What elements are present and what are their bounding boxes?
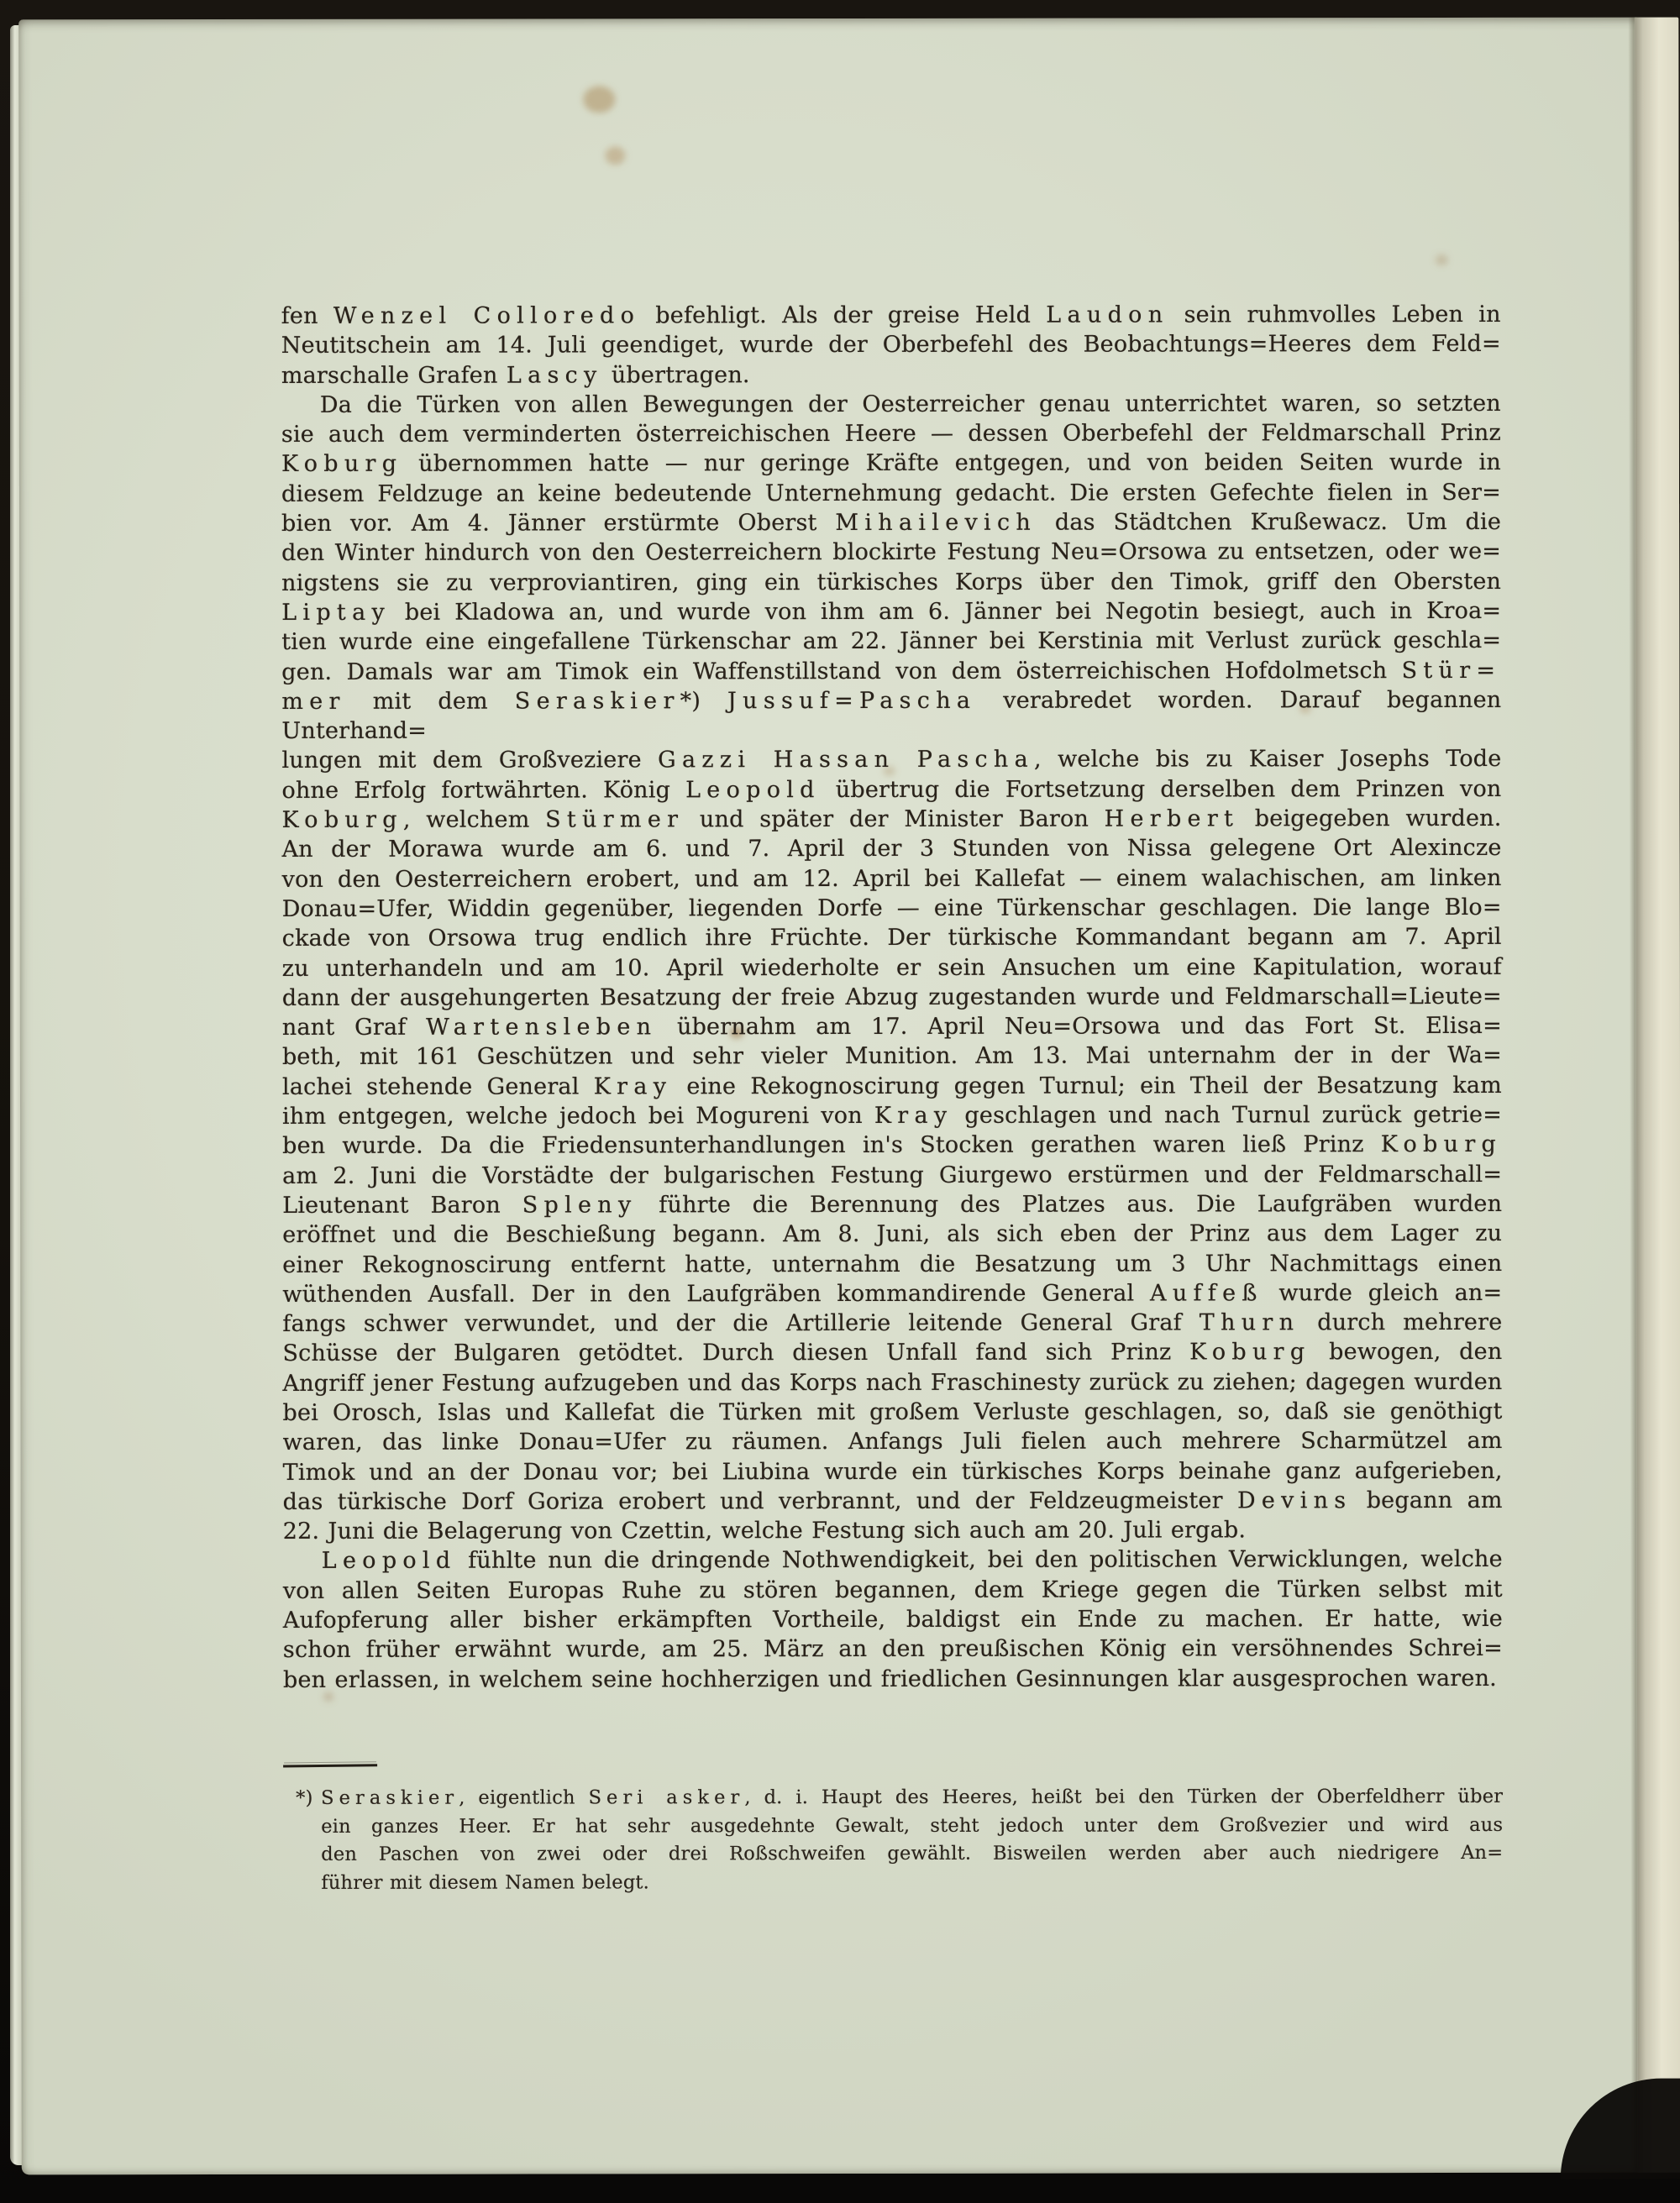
letterspaced-name: Mihailevich — [835, 510, 1037, 536]
letterspaced-name: Kray — [874, 1103, 953, 1129]
letterspaced-name: Leopold — [322, 1548, 457, 1574]
letterspaced-name: mer — [281, 689, 345, 715]
letterspaced-name: Koburg — [1381, 1131, 1502, 1157]
text-line: den Paschen von zwei oder drei Roßschwei… — [321, 1839, 1503, 1869]
text-line: eröffnet und die Beschießung begann. Am … — [282, 1219, 1502, 1250]
letterspaced-name: Stürmer — [545, 806, 684, 832]
text-line: An der Morawa wurde am 6. und 7. April d… — [282, 833, 1502, 864]
text-line: dann der ausgehungerten Besatzung der fr… — [282, 982, 1502, 1013]
text-line: waren, das linke Donau=Ufer zu räumen. A… — [283, 1426, 1503, 1457]
text-line: Donau=Ufer, Widdin gegenüber, liegenden … — [282, 893, 1502, 924]
text-line: Timok und an der Donau vor; bei Liubina … — [283, 1456, 1503, 1487]
text-line: einer Rekognoscirung entfernt hatte, unt… — [282, 1248, 1502, 1279]
text-line: nant Graf Wartensleben übernahm am 17. A… — [282, 1011, 1502, 1042]
page-corner-shadow — [1561, 2079, 1680, 2179]
text-line: ohne Erfolg fortwährten. König Leopold ü… — [281, 774, 1501, 805]
text-line: Seraskier, eigentlich Seri asker, d. i. … — [321, 1783, 1503, 1812]
letterspaced-name: Spleny — [522, 1192, 638, 1218]
text-line: Leopold fühlte nun die dringende Nothwen… — [283, 1545, 1503, 1576]
text-line: fen Wenzel Colloredo befehligt. Als der … — [281, 300, 1501, 331]
text-line: Angriff jener Festung aufzugeben und das… — [282, 1367, 1502, 1398]
scanned-book-photo: fen Wenzel Colloredo befehligt. Als der … — [0, 0, 1680, 2203]
letterspaced-name: Seraskier — [321, 1787, 459, 1809]
letterspaced-name: Wartensleben — [426, 1014, 657, 1040]
foxing-stain — [1436, 254, 1448, 265]
footnote-separator — [283, 1764, 377, 1767]
foxing-stain — [583, 86, 615, 113]
text-line: lachei stehende General Kray eine Rekogn… — [282, 1071, 1502, 1102]
text-line: führer mit diesem Namen belegt. — [321, 1867, 1503, 1896]
text-line: Koburg, welchem Stürmer und später der M… — [282, 804, 1502, 835]
text-line: ein ganzes Heer. Er hat sehr ausgedehnte… — [321, 1811, 1503, 1840]
letterspaced-name: Seri asker — [589, 1786, 745, 1808]
text-line: ben erlassen, in welchem seine hochherzi… — [283, 1664, 1503, 1695]
text-line: nigstens sie zu verproviantiren, ging ei… — [281, 567, 1501, 598]
letterspaced-name: Kray — [594, 1073, 673, 1099]
letterspaced-name: Devins — [1237, 1487, 1352, 1513]
text-line: tien wurde eine eingefallene Türkenschar… — [281, 626, 1501, 657]
text-line: gen. Damals war am Timok ein Waffenstill… — [281, 655, 1501, 686]
letterspaced-name: Jussuf=Pascha — [727, 688, 976, 714]
footnote-lines: Seraskier, eigentlich Seri asker, d. i. … — [321, 1783, 1503, 1897]
text-line: zu unterhandeln und am 10. April wiederh… — [282, 952, 1502, 983]
letterspaced-name: Liptay — [281, 600, 391, 626]
main-text: fen Wenzel Colloredo befehligt. Als der … — [281, 300, 1503, 1695]
text-line: ihm entgegen, welche jedoch bei Mogureni… — [282, 1100, 1502, 1131]
footnote: *) Seraskier, eigentlich Seri asker, d. … — [296, 1783, 1503, 1897]
letterspaced-name: Lascy — [507, 362, 603, 388]
text-line: ben wurde. Da die Friedensunterhandlunge… — [282, 1130, 1502, 1161]
text-line: marschalle Grafen Lascy übertragen. — [281, 359, 1501, 391]
text-line: sie auch dem verminderten österreichisch… — [281, 418, 1501, 449]
text-line: wüthenden Ausfall. Der in den Laufgräben… — [282, 1278, 1502, 1309]
text-line: Aufopferung aller bisher erkämpften Vort… — [283, 1604, 1503, 1635]
letterspaced-name: Gazzi Hassan Pascha — [658, 747, 1034, 774]
letterspaced-name: Herbert — [1105, 805, 1240, 831]
adjacent-page-edge — [1635, 18, 1680, 2173]
text-line: beth, mit 161 Geschützen und sehr vieler… — [282, 1041, 1502, 1072]
letterspaced-name: Auffeß — [1150, 1280, 1263, 1306]
text-line: fangs schwer verwundet, und der die Arti… — [282, 1308, 1502, 1339]
text-line: Koburg übernommen hatte — nur geringe Kr… — [281, 448, 1501, 479]
text-line: lungen mit dem Großveziere Gazzi Hassan … — [281, 744, 1501, 775]
text-line: ckade von Orsowa trug endlich ihre Früch… — [282, 922, 1502, 953]
letterspaced-name: Koburg — [281, 451, 402, 477]
text-line: mer mit dem Seraskier*) Jussuf=Pascha ve… — [281, 685, 1501, 747]
text-line: bei Orosch, Islas und Kallefat die Türke… — [283, 1397, 1503, 1428]
letterspaced-name: Wenzel Colloredo — [333, 302, 640, 329]
text-line: am 2. Juni die Vorstädte der bulgarische… — [282, 1160, 1502, 1191]
letterspaced-name: Laudon — [1046, 302, 1168, 328]
text-line: 22. Juni die Belagerung von Czettin, wel… — [283, 1515, 1503, 1546]
text-line: von allen Seiten Europas Ruhe zu stören … — [283, 1575, 1503, 1606]
letterspaced-name: Koburg — [1189, 1340, 1310, 1366]
book-page: fen Wenzel Colloredo befehligt. Als der … — [18, 18, 1680, 2175]
footnote-marker: *) — [296, 1785, 312, 1813]
letterspaced-name: Stür= — [1402, 657, 1502, 683]
text-line: bien vor. Am 4. Jänner erstürmte Oberst … — [281, 507, 1501, 538]
text-line: den Winter hindurch von den Oesterreiche… — [281, 537, 1501, 568]
text-line: Lieutenant Baron Spleny führte die Beren… — [282, 1189, 1502, 1220]
text-line: Neutitschein am 14. Juli geendiget, wurd… — [281, 329, 1501, 360]
text-line: Liptay bei Kladowa an, und wurde von ihm… — [281, 596, 1501, 627]
text-line: diesem Feldzuge an keine bedeutende Unte… — [281, 478, 1501, 509]
letterspaced-name: Leopold — [685, 777, 821, 803]
letterspaced-name: Thurn — [1200, 1309, 1300, 1335]
text-line: von den Oesterreichern erobert, und am 1… — [282, 863, 1502, 894]
text-line: Da die Türken von allen Bewegungen der O… — [281, 389, 1501, 420]
foxing-stain — [605, 146, 625, 165]
text-line: das türkische Dorf Goriza erobert und ve… — [283, 1486, 1503, 1517]
text-line: schon früher erwähnt wurde, am 25. März … — [283, 1634, 1503, 1665]
letterspaced-name: Seraskier — [515, 688, 680, 714]
text-line: Schüsse der Bulgaren getödtet. Durch die… — [282, 1337, 1502, 1368]
letterspaced-name: Koburg — [282, 807, 403, 833]
